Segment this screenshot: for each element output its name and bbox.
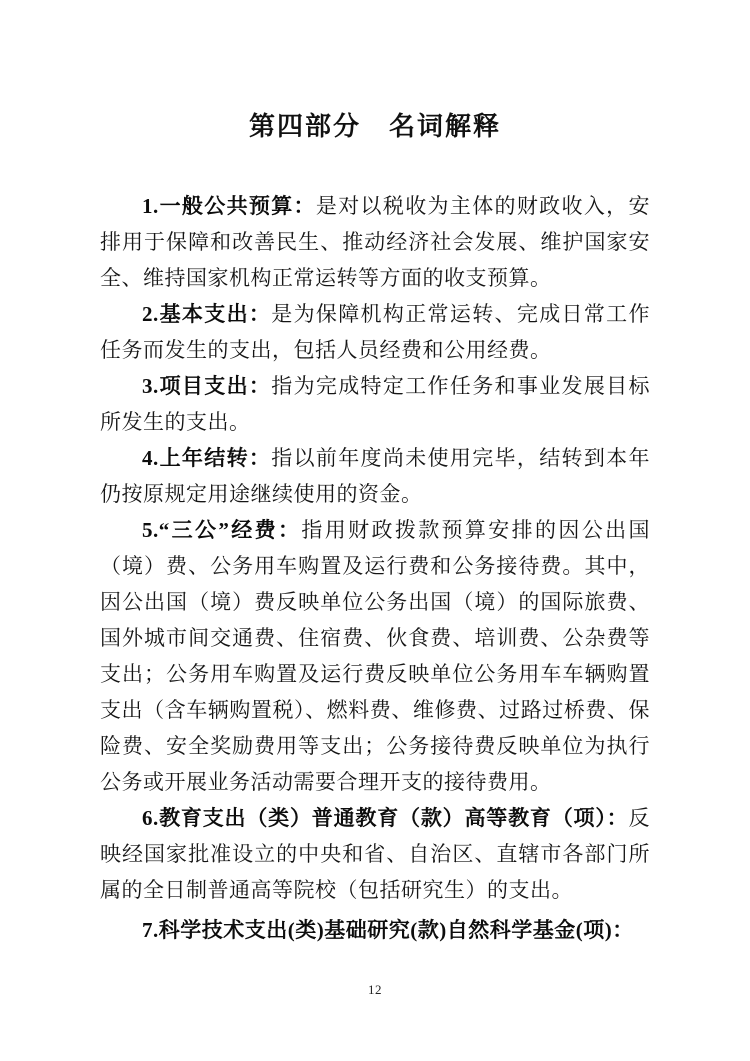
definition-item-2: 2.基本支出：是为保障机构正常运转、完成日常工作任务而发生的支出，包括人员经费和… bbox=[100, 296, 650, 368]
definition-item-1: 1.一般公共预算：是对以税收为主体的财政收入，安排用于保障和改善民生、推动经济社… bbox=[100, 188, 650, 296]
definition-item-5: 5.“三公”经费：指用财政拨款预算安排的因公出国（境）费、公务用车购置及运行费和… bbox=[100, 512, 650, 800]
definition-term-7: 7.科学技术支出(类)基础研究(款)自然科学基金(项)： bbox=[142, 918, 634, 942]
document-page: 第四部分 名词解释 1.一般公共预算：是对以税收为主体的财政收入，安排用于保障和… bbox=[0, 0, 750, 1061]
definition-term-3: 3.项目支出： bbox=[142, 374, 271, 398]
definition-item-7: 7.科学技术支出(类)基础研究(款)自然科学基金(项)： bbox=[100, 912, 650, 948]
definition-item-6: 6.教育支出（类）普通教育（款）高等教育（项）：反映经国家批准设立的中央和省、自… bbox=[100, 800, 650, 908]
page-number: 12 bbox=[0, 982, 750, 998]
definition-term-5: 5.“三公”经费： bbox=[142, 518, 301, 542]
definitions-list: 1.一般公共预算：是对以税收为主体的财政收入，安排用于保障和改善民生、推动经济社… bbox=[100, 188, 650, 948]
definition-item-3: 3.项目支出：指为完成特定工作任务和事业发展目标所发生的支出。 bbox=[100, 368, 650, 440]
definition-term-1: 1.一般公共预算： bbox=[142, 194, 316, 218]
definition-term-6: 6.教育支出（类）普通教育（款）高等教育（项）： bbox=[142, 806, 629, 830]
definition-term-2: 2.基本支出： bbox=[142, 302, 271, 326]
page-title: 第四部分 名词解释 bbox=[0, 110, 750, 144]
definition-term-4: 4.上年结转： bbox=[142, 446, 271, 470]
definition-item-4: 4.上年结转：指以前年度尚未使用完毕，结转到本年仍按原规定用途继续使用的资金。 bbox=[100, 440, 650, 512]
definition-body-5: 指用财政拨款预算安排的因公出国（境）费、公务用车购置及运行费和公务接待费。其中，… bbox=[100, 518, 650, 794]
